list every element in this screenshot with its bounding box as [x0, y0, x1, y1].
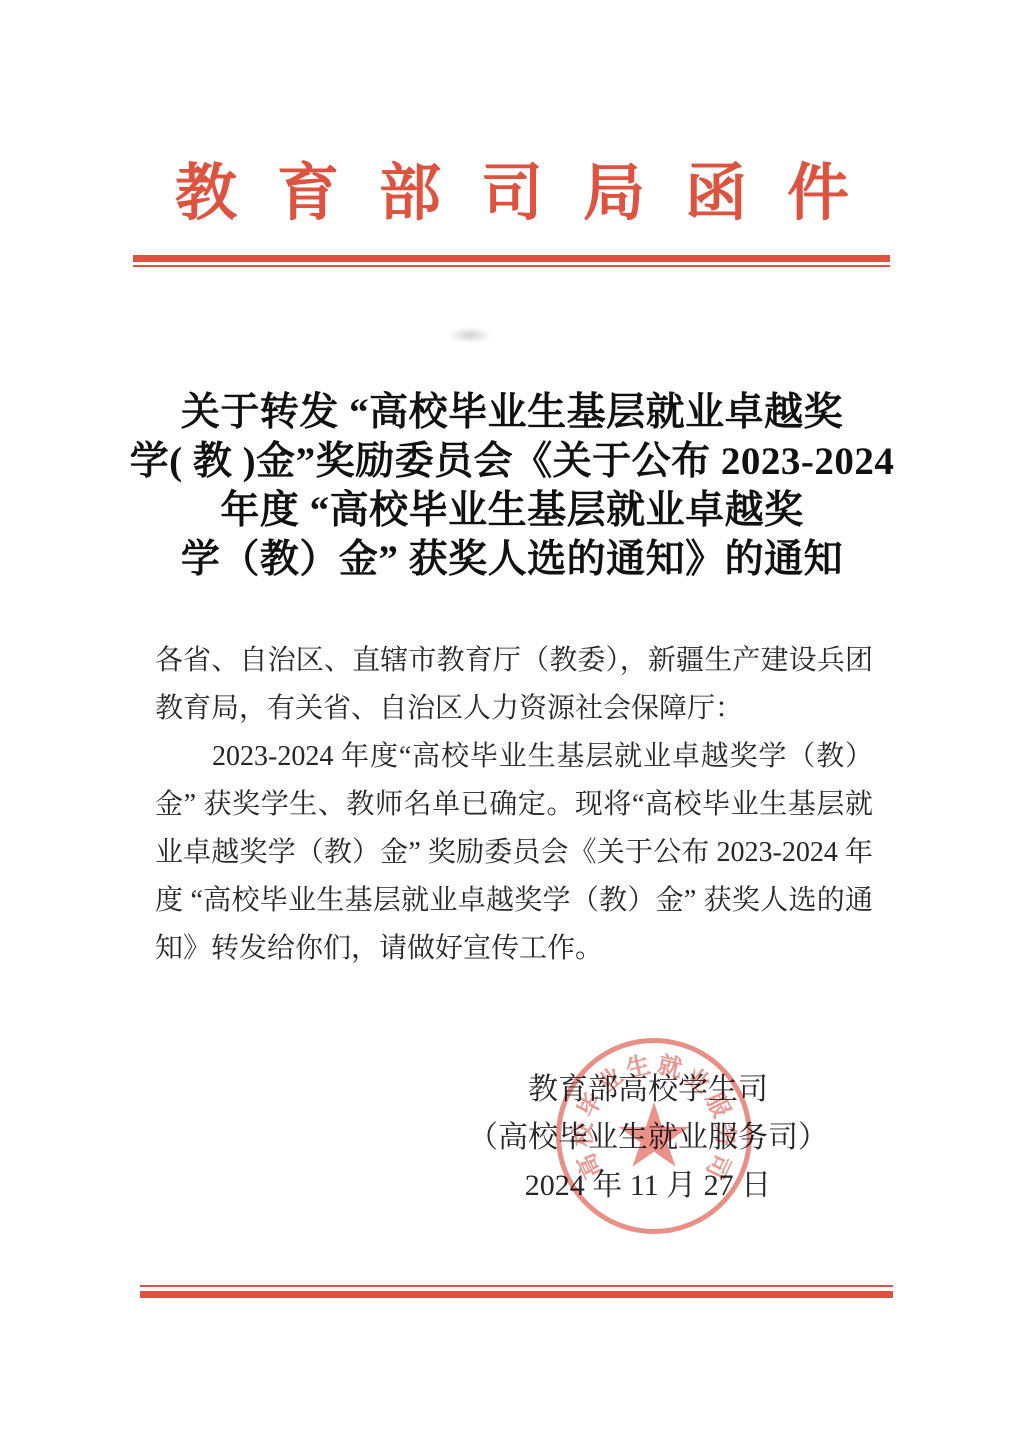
header-rule — [133, 255, 890, 267]
signature-department-alt: （高校毕业生就业服务司） — [448, 1114, 848, 1162]
salutation-line: 各省、自治区、直辖市教育厅（教委），新疆生产建设兵团 — [155, 637, 873, 685]
paragraph-line: 2023-2024 年度“高校毕业生基层就业卓越奖学（教） — [155, 733, 873, 781]
footer-rule-thick — [140, 1291, 893, 1298]
signature-block: 教育部高校学生司 （高校毕业生就业服务司） 2024 年 11 月 27 日 — [448, 1066, 848, 1210]
document-page: 教育部司局函件 关于转发 “高校毕业生基层就业卓越奖 学( 教 )金”奖励委员会… — [0, 0, 1024, 1448]
signature-department: 教育部高校学生司 — [448, 1066, 848, 1114]
document-title-line: 学（教）金” 获奖人选的通知》的通知 — [57, 535, 967, 584]
document-title: 关于转发 “高校毕业生基层就业卓越奖 学( 教 )金”奖励委员会《关于公布 20… — [57, 388, 967, 584]
salutation-line: 教育局，有关省、自治区人力资源社会保障厅： — [155, 685, 873, 733]
paragraph-line: 知》转发给你们，请做好宣传工作。 — [155, 925, 873, 973]
paragraph-line: 业卓越奖学（教）金” 奖励委员会《关于公布 2023-2024 年 — [155, 829, 873, 877]
document-title-line: 年度 “高校毕业生基层就业卓越奖 — [57, 486, 967, 535]
scan-smudge — [448, 327, 492, 343]
header-rule-thick — [133, 255, 890, 262]
document-title-line: 关于转发 “高校毕业生基层就业卓越奖 — [57, 388, 967, 437]
letterhead-title: 教育部司局函件 — [0, 158, 1024, 230]
header-rule-thin — [133, 265, 890, 267]
paragraph-line: 金” 获奖学生、教师名单已确定。现将“高校毕业生基层就 — [155, 781, 873, 829]
footer-rule-thin — [140, 1285, 893, 1287]
paragraph-line: 度 “高校毕业生基层就业卓越奖学（教）金” 获奖人选的通 — [155, 877, 873, 925]
document-title-line: 学( 教 )金”奖励委员会《关于公布 2023-2024 — [57, 437, 967, 486]
signature-date: 2024 年 11 月 27 日 — [448, 1162, 848, 1210]
document-body: 各省、自治区、直辖市教育厅（教委），新疆生产建设兵团 教育局，有关省、自治区人力… — [155, 637, 873, 973]
footer-rule — [140, 1285, 893, 1298]
